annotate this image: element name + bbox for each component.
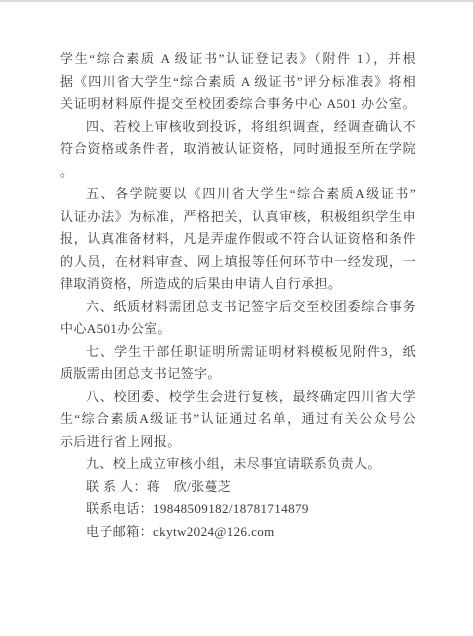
document-line: 的人员，在材料审查、网上填报等任何环节中一经发现，一 bbox=[60, 251, 416, 274]
document-line: 四、若校上审核收到投诉，将组织调查，经调查确认不 bbox=[60, 116, 416, 139]
document-page: { "page": { "background": "#ffffff", "to… bbox=[0, 0, 473, 636]
document-line: 示后进行省上网报。 bbox=[60, 431, 416, 454]
document-line: 七、学生干部任职证明所需证明材料模板见附件3，纸 bbox=[60, 341, 416, 364]
document-line: 生“综合素质A级证书”认证通过名单，通过有关公众号公 bbox=[60, 408, 416, 431]
document-line: 学生“综合素质 A 级证书”认证登记表》（附件 1），并根 bbox=[60, 48, 416, 71]
document-line: 报，认真准备材料，凡是弄虚作假或不符合认证资格和条件 bbox=[60, 228, 416, 251]
document-line: 。 bbox=[60, 161, 416, 184]
document-line: 六、纸质材料需团总支书记签字后交至校团委综合事务 bbox=[60, 296, 416, 319]
document-line: 电子邮箱：ckytw2024@126.com bbox=[60, 521, 416, 544]
document-line: 八、校团委、校学生会进行复核，最终确定四川省大学 bbox=[60, 386, 416, 409]
document-line: 联系电话：19848509182/18781714879 bbox=[60, 498, 416, 521]
document-line: 五、各学院要以《四川省大学生“综合素质A级证书” bbox=[60, 183, 416, 206]
page-top-edge-divider bbox=[0, 0, 473, 2]
document-line: 据《四川省大学生“综合素质 A 级证书”评分标准表》将相 bbox=[60, 71, 416, 94]
document-line: 认证办法》为标准，严格把关，认真审核，积极组织学生申 bbox=[60, 206, 416, 229]
document-line: 中心A501办公室。 bbox=[60, 318, 416, 341]
document-line: 关证明材料原件提交至校团委综合事务中心 A501 办公室。 bbox=[60, 93, 416, 116]
document-line: 律取消资格，所造成的后果由申请人自行承担。 bbox=[60, 273, 416, 296]
document-line: 九、校上成立审核小组，未尽事宜请联系负责人。 bbox=[60, 453, 416, 476]
document-text-block: 学生“综合素质 A 级证书”认证登记表》（附件 1），并根据《四川省大学生“综合… bbox=[60, 48, 416, 543]
document-line: 符合资格或条件者，取消被认证资格，同时通报至所在学院 bbox=[60, 138, 416, 161]
document-line: 联 系 人：蒋 欣/张蔓芝 bbox=[60, 476, 416, 499]
document-line: 质版需由团总支书记签字。 bbox=[60, 363, 416, 386]
